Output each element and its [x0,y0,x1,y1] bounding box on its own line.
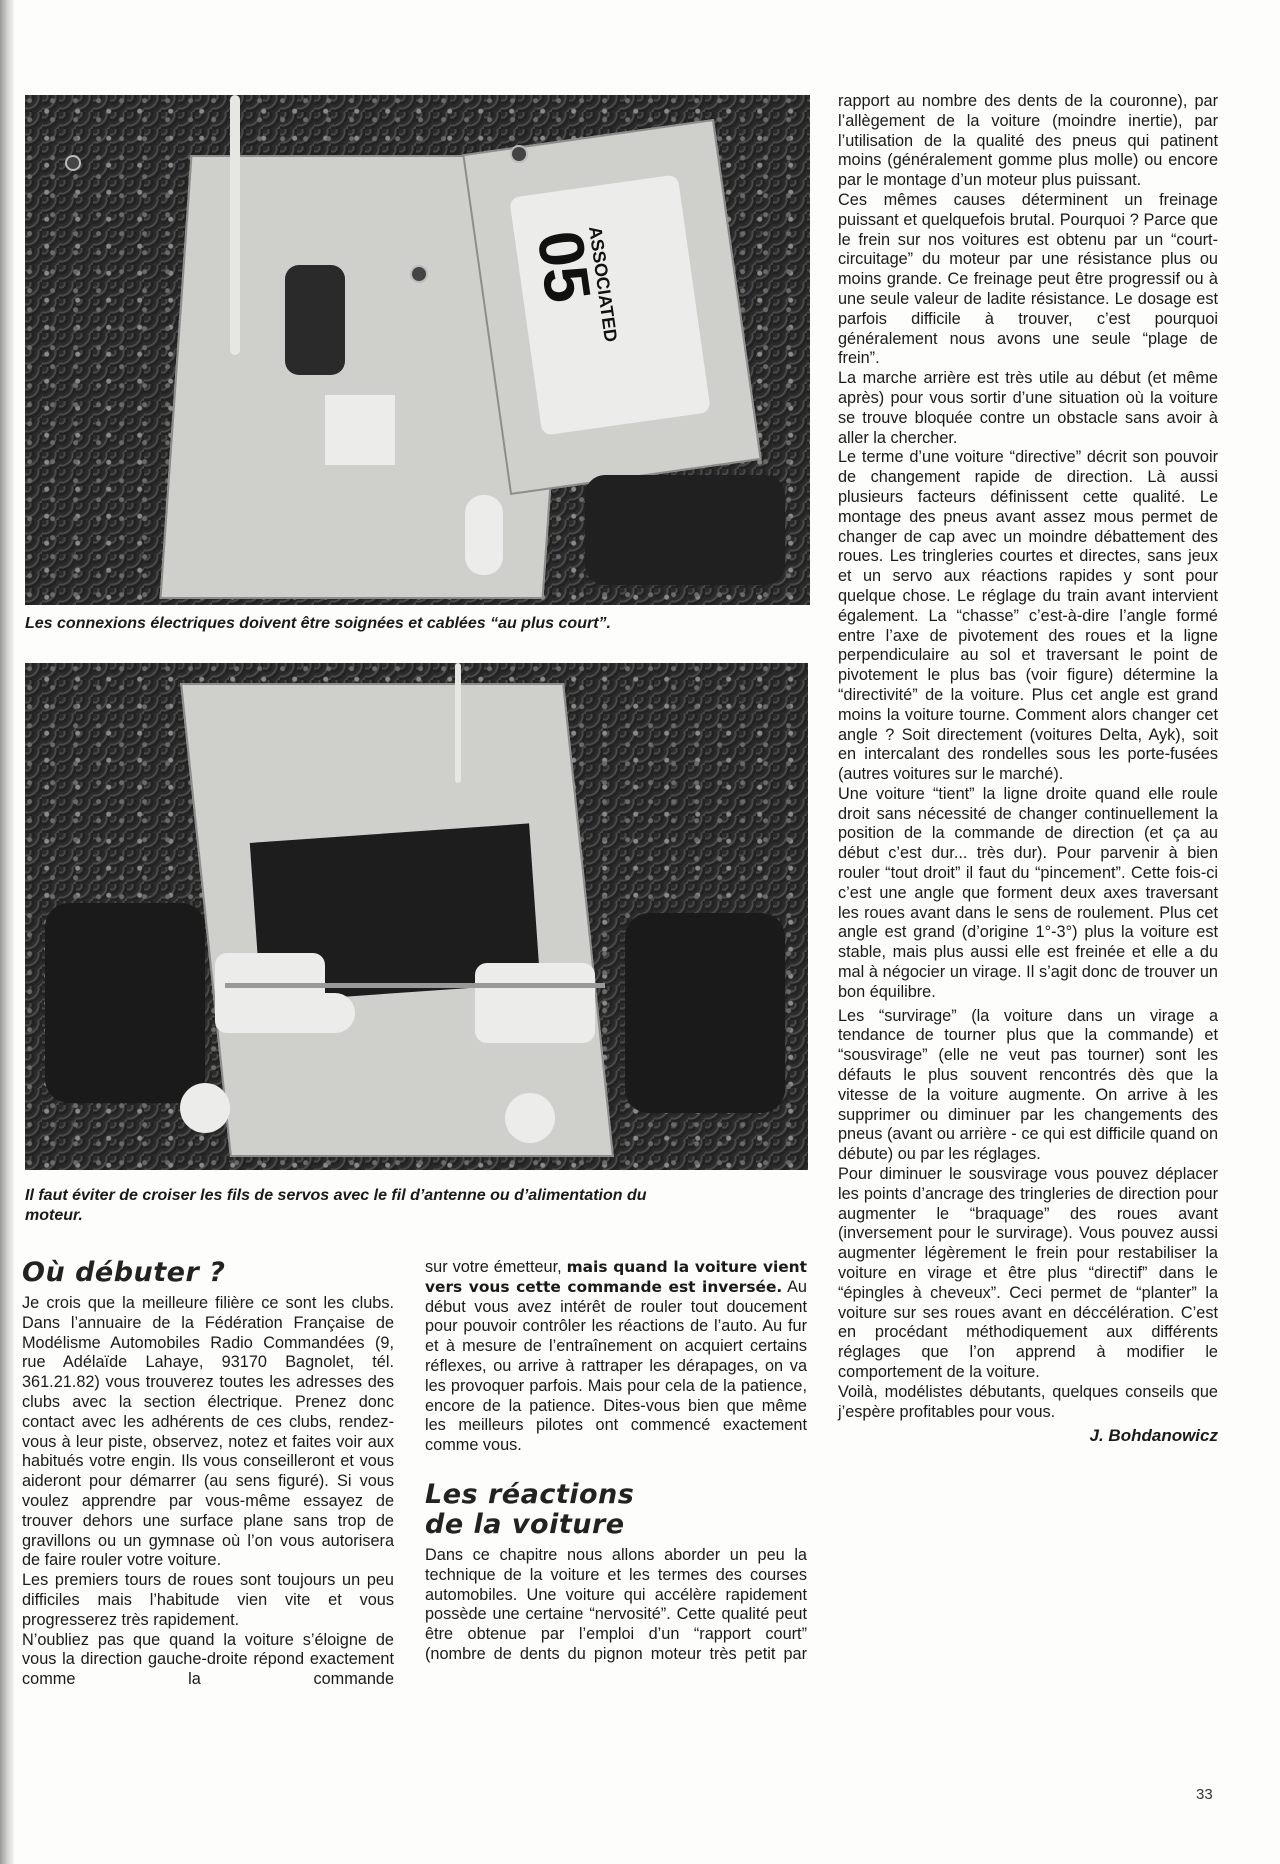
paragraph: Une voiture “tient” la ligne droite quan… [838,785,1218,1003]
photo-caption-1: Les connexions électriques doivent être … [25,614,815,634]
motor-number-label: 05 [523,226,606,307]
body-post [465,495,503,575]
screw [510,145,528,163]
page-number: 33 [1196,1786,1213,1803]
paragraph: Je crois que la meilleure filière ce son… [22,1294,394,1571]
paragraph: La marche arrière est très utile au débu… [838,369,1218,448]
author-signature: J. Bohdanowicz [838,1426,1218,1446]
body-post [505,1093,555,1143]
steering-link-rod [225,983,605,988]
photo-chassis-wiring: ASSOCIATED 05 [25,95,810,605]
section-heading-reactions-line2: de la voiture [425,1509,625,1540]
photo-caption-2-line2: moteur. [25,1207,83,1224]
paragraph: Les “survirage” (la voiture dans un vira… [838,1007,1218,1165]
column-1: Où débuter ? Je crois que la meilleure f… [22,1258,394,1690]
resistor-coil [285,265,345,375]
servo-saver [285,993,355,1033]
paragraph: Voilà, modélistes débutants, quelques co… [838,1383,1218,1423]
paragraph: Les premiers tours de roues sont toujour… [22,1571,394,1630]
continuation-text: Au début vous avez intérêt de rouler tou… [425,1278,807,1454]
section-heading-reactions: Les réactions de la voiture [425,1480,807,1540]
paragraph: Dans ce chapitre nous allons aborder un … [425,1546,807,1665]
paragraph: N’oubliez pas que quand la voiture s’élo… [22,1631,394,1690]
front-left-tire [45,903,205,1103]
section-heading-reactions-line1: Les réactions [425,1479,634,1510]
photo-caption-2-line1: Il faut éviter de croiser les fils de se… [25,1187,647,1204]
page-binding-shadow [0,0,14,1864]
body-post [180,1083,230,1133]
antenna-wire [230,95,240,355]
photo-caption-2: Il faut éviter de croiser les fils de se… [25,1186,815,1226]
connector-block [325,395,395,465]
steering-bellcrank [475,963,595,1043]
paragraph: rapport au nombre des dents de la couron… [838,92,1218,191]
motor-can: ASSOCIATED 05 [509,174,711,435]
column-2: sur votre émetteur, mais quand la voitur… [425,1258,807,1665]
screw [410,265,428,283]
screw [65,155,81,171]
rear-tire [585,475,785,585]
column-3: rapport au nombre des dents de la couron… [838,92,1218,1446]
front-right-tire [625,913,785,1113]
paragraph-continuation: sur votre émetteur, mais quand la voitur… [425,1258,807,1456]
section-heading-debuter: Où débuter ? [22,1258,394,1288]
paragraph: Le terme d’une voiture “directive” décri… [838,448,1218,785]
paragraph: Pour diminuer le sousvirage vous pouvez … [838,1165,1218,1383]
antenna-wire [455,663,461,783]
photo-chassis-steering [25,663,808,1170]
paragraph: Ces mêmes causes déterminent un freinage… [838,191,1218,369]
continuation-text: sur votre émetteur, [425,1258,567,1276]
